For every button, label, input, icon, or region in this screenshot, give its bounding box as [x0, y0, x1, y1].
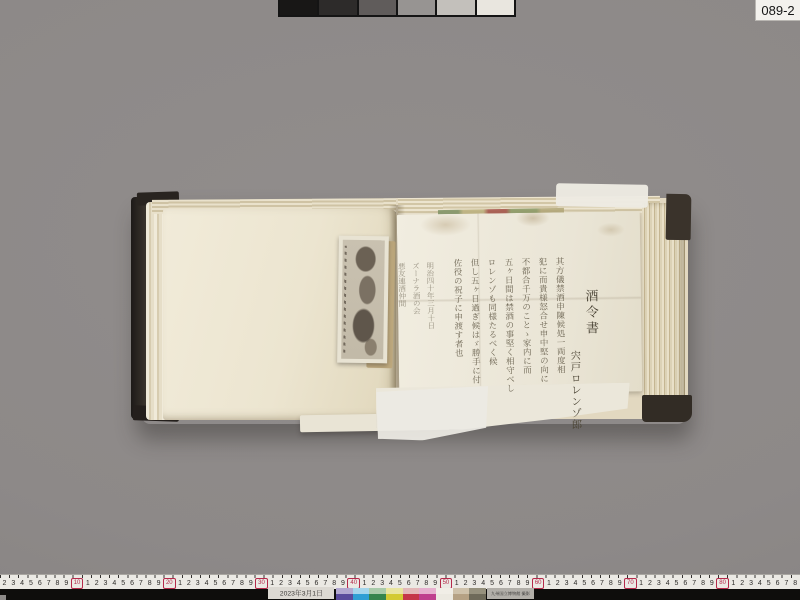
shoot-date-label: 2023年3月1日 [268, 587, 334, 599]
ruler-number: 4 [110, 578, 119, 589]
color-patch-saturated [453, 594, 470, 600]
frame-number-text: 089-2 [761, 3, 794, 18]
ruler-number: 3 [193, 578, 202, 589]
ruler-number: 3 [562, 578, 571, 589]
handwriting-column: ロレンゾも同様たるべく候 [482, 258, 501, 416]
museum-credit-label: 九州国立博物館 撮影 [487, 588, 534, 599]
ruler-number: 70 [624, 578, 637, 589]
ruler-number: 9 [62, 578, 71, 589]
color-patch-column [353, 588, 370, 600]
cover-edge-top-right [666, 194, 692, 240]
ruler-number: 1 [637, 578, 646, 589]
grayscale-patch [398, 0, 435, 15]
ruler-number: 2 [738, 578, 747, 589]
grayscale-patch [319, 0, 356, 15]
ruler-number: 8 [791, 578, 800, 589]
ruler-number: 5 [211, 578, 220, 589]
ruler-number: 4 [571, 578, 580, 589]
ruler-number: 6 [681, 578, 690, 589]
ruler-number: 4 [755, 578, 764, 589]
ruler-number: 6 [773, 578, 782, 589]
mounted-photograph [337, 236, 389, 364]
cm-ruler: 2345678910123456789201234567893012345678… [0, 574, 800, 589]
cover-edge-bottom-right [642, 395, 692, 422]
ruler-number: 3 [101, 578, 110, 589]
ruler-number: 2 [646, 578, 655, 589]
museum-credit-text: 九州国立博物館 撮影 [491, 591, 530, 597]
color-patch-column [469, 588, 486, 600]
grayscale-calibration-bar [278, 0, 516, 17]
color-patch-saturated [336, 594, 353, 600]
ruler-number: 1 [83, 578, 92, 589]
ruler-number: 8 [699, 578, 708, 589]
color-patch-column [336, 588, 353, 600]
photograph-image [341, 240, 385, 360]
photographed-archive-scene: 089-2 明治四十年三月十日ズーナラ酒の会悪友連酒仲間 其方儀禁酒申陳候処一両… [0, 0, 800, 600]
ruler-number: 2 [0, 578, 9, 589]
handwriting-column: 但し五ヶ日過ぎ候はゞ勝手に付 [465, 258, 484, 416]
color-patch-saturated [353, 594, 370, 600]
ruler-number: 8 [53, 578, 62, 589]
ruler-number: 6 [128, 578, 137, 589]
ruler-number: 9 [246, 578, 255, 589]
color-patch-saturated [436, 594, 453, 600]
ruler-number: 6 [220, 578, 229, 589]
grayscale-patch [477, 0, 514, 15]
frame-number-label: 089-2 [755, 0, 800, 21]
ruler-number: 2 [92, 578, 101, 589]
ruler-number: 5 [764, 578, 773, 589]
ruler-number: 6 [589, 578, 598, 589]
ruler-number: 4 [202, 578, 211, 589]
color-calibration-bar [336, 588, 486, 600]
ruler-number: 1 [544, 578, 553, 589]
document-body-columns: 其方儀禁酒申陳候処一両度相犯に而貴様怒合せ申中堅の向に不都合千万のことゝ家内に而… [407, 257, 569, 417]
ruler-number: 8 [238, 578, 247, 589]
ruler-number: 1 [729, 578, 738, 589]
ruler-number: 5 [580, 578, 589, 589]
grayscale-patch [437, 0, 474, 15]
ruler-number: 8 [606, 578, 615, 589]
ruler-number: 7 [690, 578, 699, 589]
shoot-date-text: 2023年3月1日 [279, 588, 322, 597]
color-patch-column [419, 588, 436, 600]
ruler-number: 9 [154, 578, 163, 589]
ruler-number: 5 [119, 578, 128, 589]
color-patch-column [436, 588, 453, 600]
tissue-paper-top [556, 183, 648, 208]
color-patch-column [386, 588, 403, 600]
corner-notch [0, 595, 6, 600]
ruler-number: 7 [136, 578, 145, 589]
handwriting-column: 不都合千万のことゝ家内に而 [516, 257, 535, 415]
grayscale-patch [359, 0, 396, 15]
grayscale-patch [280, 0, 317, 15]
color-patch-saturated [419, 594, 436, 600]
color-patch-column [369, 588, 386, 600]
color-patch-saturated [386, 594, 403, 600]
ruler-number: 9 [615, 578, 624, 589]
color-patch-saturated [469, 594, 486, 600]
ruler-number: 80 [716, 578, 729, 589]
ruler-number: 7 [782, 578, 791, 589]
ruler-number: 5 [672, 578, 681, 589]
ruler-number: 5 [27, 578, 36, 589]
ruler-number: 10 [71, 578, 84, 589]
document-heading: 酒令書 [579, 289, 600, 365]
ruler-number: 3 [654, 578, 663, 589]
color-patch-saturated [403, 594, 420, 600]
ruler-number: 1 [176, 578, 185, 589]
ruler-number: 2 [184, 578, 193, 589]
ruler-number: 20 [163, 578, 176, 589]
ruler-number: 7 [44, 578, 53, 589]
ruler-number: 6 [35, 578, 44, 589]
ruler-number: 9 [707, 578, 716, 589]
color-patch-saturated [369, 594, 386, 600]
ruler-number: 4 [18, 578, 27, 589]
handwriting-column: 犯に而貴様怒合せ申中堅の向に [533, 257, 552, 415]
color-patch-column [403, 588, 420, 600]
handwriting-column: 五ヶ日間は禁酒の事堅く相守べし [499, 258, 518, 416]
ruler-number: 7 [229, 578, 238, 589]
ruler-number: 7 [598, 578, 607, 589]
ruler-number: 3 [9, 578, 18, 589]
ruler-number: 8 [145, 578, 154, 589]
handwriting-column: 佐役の祝子に申渡す者也 [448, 258, 467, 416]
ruler-number: 2 [553, 578, 562, 589]
ruler-number: 4 [663, 578, 672, 589]
ruler-number: 30 [255, 578, 268, 589]
ruler-number: 3 [747, 578, 756, 589]
color-patch-column [453, 588, 470, 600]
